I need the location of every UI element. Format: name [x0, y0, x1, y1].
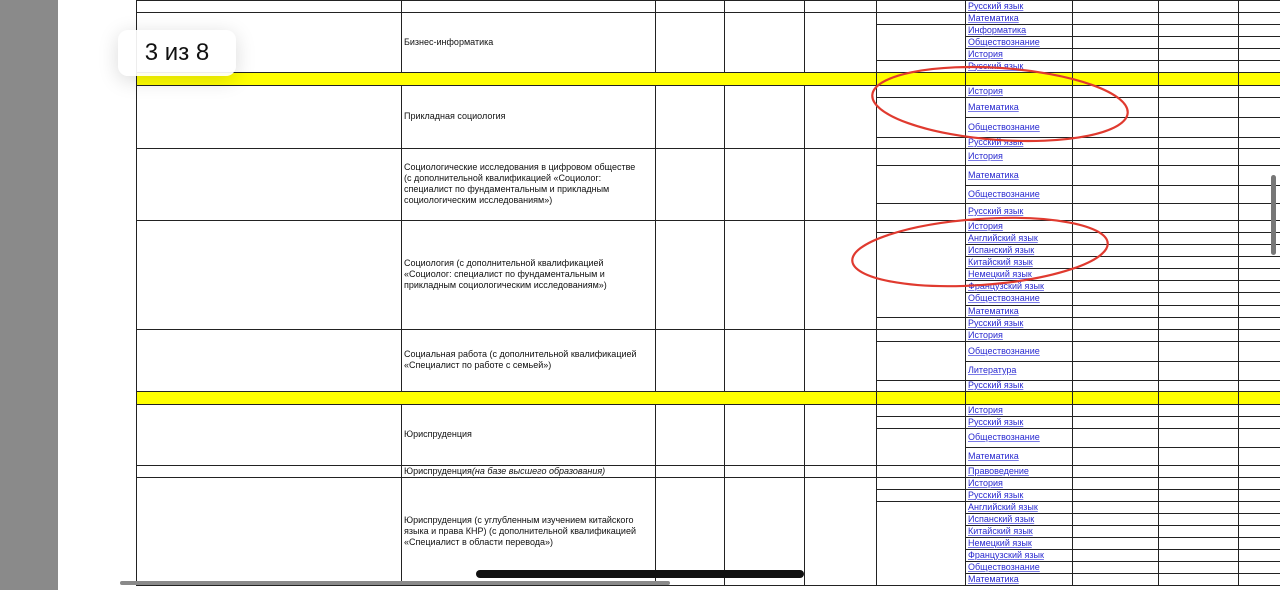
subject-link[interactable]: Обществознание	[968, 432, 1040, 443]
prev-score	[1238, 280, 1280, 292]
prev-score	[1238, 36, 1280, 48]
subject-link[interactable]: Математика	[968, 574, 1019, 585]
min-score	[1158, 317, 1238, 329]
exam-type	[1072, 513, 1158, 525]
exam-subject-link[interactable]: Испанский язык	[965, 244, 1072, 256]
subject-link[interactable]: Русский язык	[968, 1, 1023, 12]
min-score	[1158, 148, 1238, 165]
column-divider	[876, 404, 877, 465]
exam-type	[1072, 404, 1158, 416]
min-score	[1158, 537, 1238, 549]
subject-link[interactable]: Математика	[968, 170, 1019, 181]
prev-score	[1238, 60, 1280, 72]
exam-subject-link[interactable]: Русский язык	[965, 0, 1072, 12]
exam-subject-link[interactable]: Русский язык	[965, 416, 1072, 428]
exam-subject-link[interactable]: Правоведение	[965, 465, 1072, 477]
column-divider	[136, 329, 137, 391]
column-divider	[655, 12, 656, 72]
column-divider	[724, 148, 725, 220]
column-divider	[876, 329, 877, 391]
prev-score	[1238, 85, 1280, 97]
exam-type	[1072, 361, 1158, 380]
column-divider	[965, 404, 966, 465]
column-divider	[1158, 12, 1159, 72]
exam-type	[1072, 489, 1158, 501]
subject-link[interactable]: Английский язык	[968, 502, 1038, 513]
column-divider	[965, 477, 966, 585]
column-divider	[724, 404, 725, 465]
min-score	[1158, 573, 1238, 585]
exam-type	[1072, 573, 1158, 585]
column-divider	[655, 465, 656, 477]
exam-subject-link[interactable]: Французский язык	[965, 549, 1072, 561]
subject-link[interactable]: Китайский язык	[968, 526, 1033, 537]
column-divider	[724, 465, 725, 477]
budget-places	[724, 329, 804, 391]
subject-link[interactable]: Русский язык	[968, 417, 1023, 428]
paid-places	[804, 465, 876, 477]
min-score	[1158, 85, 1238, 97]
exam-subject-link[interactable]: Обществознание	[965, 561, 1072, 573]
min-score	[1158, 117, 1238, 137]
column-divider	[876, 72, 877, 85]
budget-places	[724, 220, 804, 329]
exam-priority	[876, 428, 965, 465]
exam-type	[1072, 525, 1158, 537]
subject-link[interactable]: Русский язык	[968, 137, 1023, 148]
exam-subject-link[interactable]: Английский язык	[965, 501, 1072, 513]
column-divider	[136, 0, 137, 12]
exam-subject-link[interactable]: Английский язык	[965, 232, 1072, 244]
exam-subject-link[interactable]: Русский язык	[965, 317, 1072, 329]
exam-type	[1072, 97, 1158, 117]
prev-score	[1238, 137, 1280, 148]
column-divider	[1072, 465, 1073, 477]
row-divider	[136, 465, 1280, 466]
column-divider	[876, 0, 877, 12]
exam-subject-link[interactable]: Обществознание	[965, 117, 1072, 137]
study-form	[655, 477, 724, 585]
min-score	[1158, 513, 1238, 525]
prev-score	[1238, 97, 1280, 117]
min-score	[1158, 12, 1238, 24]
prev-score	[1238, 24, 1280, 36]
column-divider	[1238, 465, 1239, 477]
subject-link[interactable]: Немецкий язык	[968, 269, 1032, 280]
column-divider	[1072, 477, 1073, 585]
subject-link[interactable]: История	[968, 151, 1003, 162]
column-divider	[401, 404, 402, 465]
subject-link[interactable]: Русский язык	[968, 318, 1023, 329]
column-divider	[401, 329, 402, 391]
exam-subject-link[interactable]: История	[965, 85, 1072, 97]
row-divider	[136, 148, 1280, 149]
exam-priority	[876, 232, 965, 317]
budget-places	[724, 85, 804, 148]
min-score	[1158, 561, 1238, 573]
exam-type	[1072, 232, 1158, 244]
exam-priority	[876, 24, 965, 60]
column-divider	[136, 391, 137, 404]
subject-link[interactable]: Русский язык	[968, 206, 1023, 217]
exam-subject-link[interactable]: Математика	[965, 305, 1072, 317]
column-divider	[965, 85, 966, 148]
paid-places	[804, 85, 876, 148]
subject-link[interactable]: Литература	[968, 365, 1016, 376]
exam-subject-link[interactable]: Китайский язык	[965, 256, 1072, 268]
exam-subject-link[interactable]: История	[965, 329, 1072, 341]
exam-priority	[876, 60, 965, 72]
exam-subject-link[interactable]: История	[965, 404, 1072, 416]
column-divider	[1238, 404, 1239, 465]
column-divider	[1158, 72, 1159, 85]
budget-places	[724, 0, 804, 12]
exam-type	[1072, 24, 1158, 36]
column-divider	[965, 220, 966, 329]
min-score	[1158, 256, 1238, 268]
column-divider	[876, 148, 877, 220]
column-divider	[401, 85, 402, 148]
exam-priority	[876, 220, 965, 232]
column-divider	[965, 391, 966, 404]
exam-subject-link[interactable]: История	[965, 220, 1072, 232]
column-divider	[1238, 72, 1239, 85]
exam-priority	[876, 203, 965, 220]
column-divider	[1238, 329, 1239, 391]
exam-type	[1072, 165, 1158, 185]
subject-link[interactable]: История	[968, 405, 1003, 416]
paid-places	[804, 0, 876, 12]
column-divider	[876, 85, 877, 148]
column-divider	[655, 148, 656, 220]
program-name: Социология (с дополнительной квалификаци…	[401, 220, 655, 329]
column-divider	[876, 391, 877, 404]
prev-score	[1238, 12, 1280, 24]
column-divider	[1238, 391, 1239, 404]
subject-link[interactable]: Математика	[968, 13, 1019, 24]
exam-priority	[876, 380, 965, 391]
column-divider	[1072, 85, 1073, 148]
subject-link[interactable]: Обществознание	[968, 122, 1040, 133]
prev-score	[1238, 0, 1280, 12]
program-name: Социологические исследования в цифровом …	[401, 148, 655, 220]
min-score	[1158, 280, 1238, 292]
min-score	[1158, 24, 1238, 36]
column-divider	[136, 404, 137, 465]
exam-subject-link[interactable]: Немецкий язык	[965, 537, 1072, 549]
min-score	[1158, 36, 1238, 48]
exam-subject-link[interactable]: Информатика	[965, 24, 1072, 36]
prev-score	[1238, 513, 1280, 525]
subject-link[interactable]: Математика	[968, 451, 1019, 462]
subject-link[interactable]: Немецкий язык	[968, 538, 1032, 549]
column-divider	[401, 12, 402, 72]
subject-link[interactable]: Французский язык	[968, 281, 1044, 292]
program-name: Юриспруденция	[401, 404, 655, 465]
subject-link[interactable]: История	[968, 330, 1003, 341]
subject-link[interactable]: История	[968, 478, 1003, 489]
exam-type	[1072, 85, 1158, 97]
column-divider	[1072, 391, 1073, 404]
exam-type	[1072, 256, 1158, 268]
exam-type	[1072, 185, 1158, 203]
subject-link[interactable]: Русский язык	[968, 61, 1023, 72]
column-divider	[1158, 329, 1159, 391]
exam-priority	[876, 329, 965, 341]
study-form	[655, 220, 724, 329]
column-divider	[401, 220, 402, 329]
exam-subject-link[interactable]: Обществознание	[965, 185, 1072, 203]
column-divider	[401, 465, 402, 477]
program-code	[136, 465, 401, 477]
study-form	[655, 404, 724, 465]
exam-priority	[876, 0, 965, 12]
subject-link[interactable]: Обществознание	[968, 346, 1040, 357]
exam-subject-link[interactable]: Литература	[965, 361, 1072, 380]
exam-subject-link[interactable]: Обществознание	[965, 36, 1072, 48]
min-score	[1158, 48, 1238, 60]
exam-subject-link[interactable]: Математика	[965, 97, 1072, 117]
exam-subject-link[interactable]: Обществознание	[965, 341, 1072, 361]
exam-subject-link[interactable]: Русский язык	[965, 137, 1072, 148]
horizontal-scrollbar[interactable]	[120, 581, 670, 585]
exam-subject-link[interactable]: Немецкий язык	[965, 268, 1072, 280]
exam-subject-link[interactable]: Русский язык	[965, 489, 1072, 501]
column-divider	[1238, 12, 1239, 72]
min-score	[1158, 244, 1238, 256]
exam-type	[1072, 477, 1158, 489]
exam-type	[1072, 12, 1158, 24]
program-name	[401, 0, 655, 12]
exam-subject-link[interactable]: Обществознание	[965, 292, 1072, 305]
column-divider	[1158, 85, 1159, 148]
subject-link[interactable]: Обществознание	[968, 189, 1040, 200]
exam-subject-link[interactable]: История	[965, 48, 1072, 60]
min-score	[1158, 97, 1238, 117]
paid-places	[804, 404, 876, 465]
column-divider	[401, 148, 402, 220]
exam-type	[1072, 501, 1158, 513]
exam-subject-link[interactable]: История	[965, 148, 1072, 165]
min-score	[1158, 292, 1238, 305]
program-name: Юриспруденция (на базе высшего образован…	[401, 465, 655, 477]
subject-link[interactable]: Французский язык	[968, 550, 1044, 561]
column-divider	[1238, 220, 1239, 329]
subject-link[interactable]: Испанский язык	[968, 245, 1034, 256]
exam-subject-link[interactable]: Обществознание	[965, 428, 1072, 447]
exam-subject-link[interactable]: История	[965, 477, 1072, 489]
row-divider	[136, 391, 1280, 392]
program-code	[136, 329, 401, 391]
column-divider	[1072, 404, 1073, 465]
min-score	[1158, 465, 1238, 477]
prev-score	[1238, 341, 1280, 361]
exam-type	[1072, 0, 1158, 12]
column-divider	[965, 12, 966, 72]
exam-priority	[876, 165, 965, 203]
prev-score	[1238, 447, 1280, 465]
subject-link[interactable]: Испанский язык	[968, 514, 1034, 525]
column-divider	[876, 477, 877, 585]
exam-type	[1072, 292, 1158, 305]
min-score	[1158, 329, 1238, 341]
column-divider	[876, 12, 877, 72]
min-score	[1158, 489, 1238, 501]
subject-link[interactable]: Математика	[968, 102, 1019, 113]
exam-type	[1072, 317, 1158, 329]
budget-places	[724, 148, 804, 220]
study-form	[655, 85, 724, 148]
subject-link[interactable]: Обществознание	[968, 293, 1040, 304]
exam-type	[1072, 268, 1158, 280]
section-header	[136, 391, 804, 404]
exam-priority	[876, 148, 965, 165]
study-form	[655, 0, 724, 12]
prev-score	[1238, 428, 1280, 447]
subject-link[interactable]: Английский язык	[968, 233, 1038, 244]
prev-score	[1238, 317, 1280, 329]
min-score	[1158, 404, 1238, 416]
paid-places	[804, 329, 876, 391]
exam-subject-link[interactable]: Математика	[965, 573, 1072, 585]
min-score	[1158, 305, 1238, 317]
subject-link[interactable]: Информатика	[968, 25, 1026, 36]
exam-subject-link[interactable]: Китайский язык	[965, 525, 1072, 537]
paid-places	[804, 12, 876, 72]
subject-link[interactable]: Обществознание	[968, 562, 1040, 573]
exam-subject-link[interactable]: Русский язык	[965, 203, 1072, 220]
budget-places	[724, 465, 804, 477]
column-divider	[804, 148, 805, 220]
column-divider	[876, 220, 877, 329]
column-divider	[136, 148, 137, 220]
exam-type	[1072, 329, 1158, 341]
column-divider	[1238, 148, 1239, 220]
column-divider	[724, 85, 725, 148]
exam-type	[1072, 380, 1158, 391]
program-code	[136, 85, 401, 148]
subject-link[interactable]: Русский язык	[968, 380, 1023, 391]
column-divider	[1158, 465, 1159, 477]
column-divider	[136, 477, 137, 585]
subject-link[interactable]: Русский язык	[968, 490, 1023, 501]
column-divider	[136, 85, 137, 148]
min-score	[1158, 0, 1238, 12]
prev-score	[1238, 489, 1280, 501]
min-score	[1158, 549, 1238, 561]
column-divider	[724, 220, 725, 329]
column-divider	[804, 477, 805, 585]
column-divider	[1072, 329, 1073, 391]
column-divider	[655, 329, 656, 391]
prev-score	[1238, 561, 1280, 573]
exam-priority	[876, 477, 965, 489]
min-score	[1158, 165, 1238, 185]
prev-score	[1238, 380, 1280, 391]
min-score	[1158, 525, 1238, 537]
exam-priority	[876, 12, 965, 24]
row-divider	[136, 329, 1280, 330]
column-divider	[1072, 0, 1073, 12]
prev-score	[1238, 292, 1280, 305]
exam-priority	[876, 137, 965, 148]
study-form	[655, 329, 724, 391]
column-divider	[1158, 220, 1159, 329]
exam-subject-link[interactable]: Математика	[965, 12, 1072, 24]
prev-score	[1238, 48, 1280, 60]
program-name: Бизнес-информатика	[401, 12, 655, 72]
exam-priority	[876, 501, 965, 585]
subject-link[interactable]: История	[968, 49, 1003, 60]
exam-type	[1072, 305, 1158, 317]
column-divider	[724, 12, 725, 72]
prev-score	[1238, 465, 1280, 477]
column-divider	[724, 477, 725, 585]
paid-places	[804, 477, 876, 585]
exam-type	[1072, 148, 1158, 165]
min-score	[1158, 477, 1238, 489]
column-divider	[655, 477, 656, 585]
exam-priority	[876, 416, 965, 428]
column-divider	[1238, 0, 1239, 12]
prev-score	[1238, 501, 1280, 513]
study-form	[655, 465, 724, 477]
vertical-scrollbar[interactable]	[1271, 175, 1276, 255]
exam-type	[1072, 60, 1158, 72]
home-indicator[interactable]	[476, 570, 804, 578]
exam-subject-link[interactable]: Математика	[965, 165, 1072, 185]
column-divider	[724, 329, 725, 391]
min-score	[1158, 501, 1238, 513]
exam-subject-link[interactable]: Французский язык	[965, 280, 1072, 292]
subject-link[interactable]: История	[968, 86, 1003, 97]
row-divider	[136, 404, 1280, 405]
exam-type	[1072, 203, 1158, 220]
exam-type	[1072, 36, 1158, 48]
program-name: Юриспруденция (с углубленным изучением к…	[401, 477, 655, 585]
exam-subject-link[interactable]: Русский язык	[965, 380, 1072, 391]
exam-subject-link[interactable]: Математика	[965, 447, 1072, 465]
subject-link[interactable]: Математика	[968, 306, 1019, 317]
column-divider	[655, 0, 656, 12]
exam-type	[1072, 137, 1158, 148]
exam-type	[1072, 280, 1158, 292]
subject-link[interactable]: История	[968, 221, 1003, 232]
column-divider	[804, 85, 805, 148]
prev-score	[1238, 477, 1280, 489]
subject-link[interactable]: Китайский язык	[968, 257, 1033, 268]
exam-type	[1072, 341, 1158, 361]
exam-subject-link[interactable]: Испанский язык	[965, 513, 1072, 525]
exam-priority	[876, 317, 965, 329]
subject-link[interactable]: Обществознание	[968, 37, 1040, 48]
min-score	[1158, 220, 1238, 232]
subject-link[interactable]: Правоведение	[968, 466, 1029, 477]
min-score	[1158, 361, 1238, 380]
min-score	[1158, 416, 1238, 428]
column-divider	[401, 0, 402, 12]
exam-subject-link[interactable]: Русский язык	[965, 60, 1072, 72]
min-score	[1158, 341, 1238, 361]
column-divider	[804, 0, 805, 12]
column-divider	[136, 465, 137, 477]
prev-score	[1238, 525, 1280, 537]
column-divider	[1158, 0, 1159, 12]
program-name-text: Юриспруденция	[404, 466, 472, 477]
program-code	[136, 148, 401, 220]
row-divider	[136, 85, 1280, 86]
program-name: Прикладная социология	[401, 85, 655, 148]
